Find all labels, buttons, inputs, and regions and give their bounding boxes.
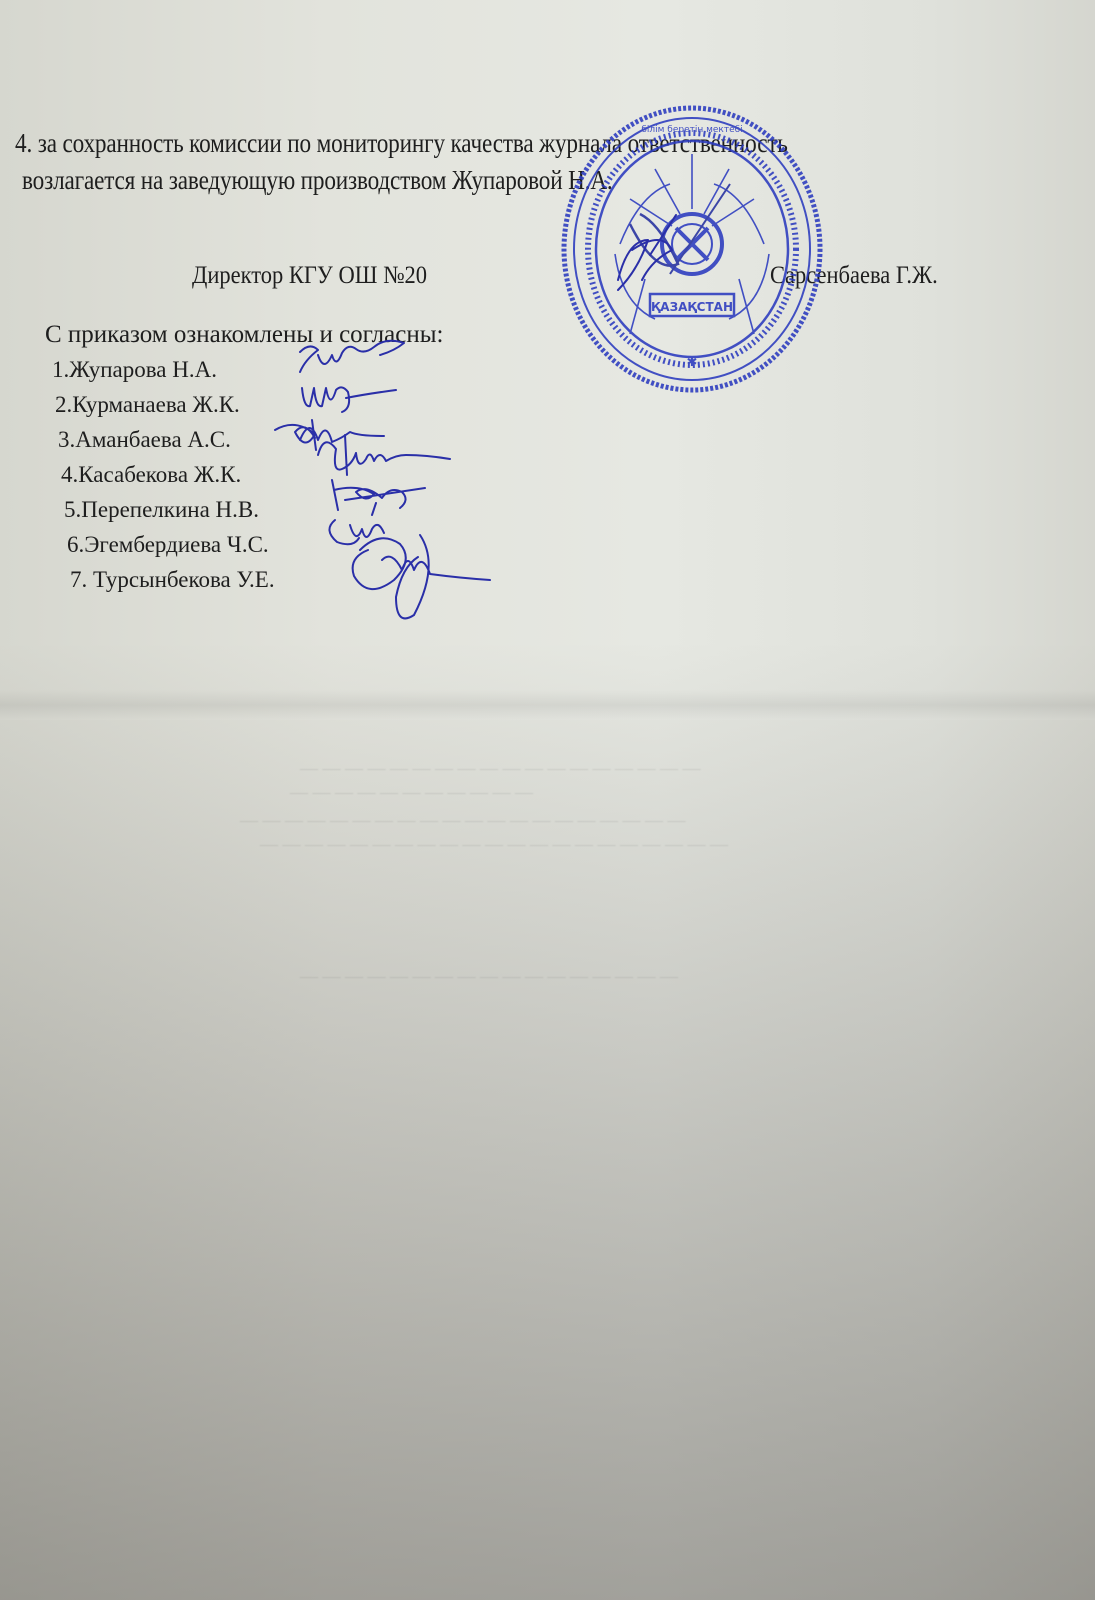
- bleed-through-text: — — — — — — — — — — — — — — — — — — — —: [240, 810, 686, 831]
- bleed-through-text: — — — — — — — — — — — — — — — — —: [300, 966, 678, 987]
- bleed-through-text: — — — — — — — — — — — — — — — — — — — — …: [260, 834, 728, 855]
- bleed-through-text: — — — — — — — — — — — — — — — — — —: [300, 758, 701, 779]
- signature-icon: [0, 0, 1095, 700]
- bleed-through-text: — — — — — — — — — — —: [290, 782, 533, 803]
